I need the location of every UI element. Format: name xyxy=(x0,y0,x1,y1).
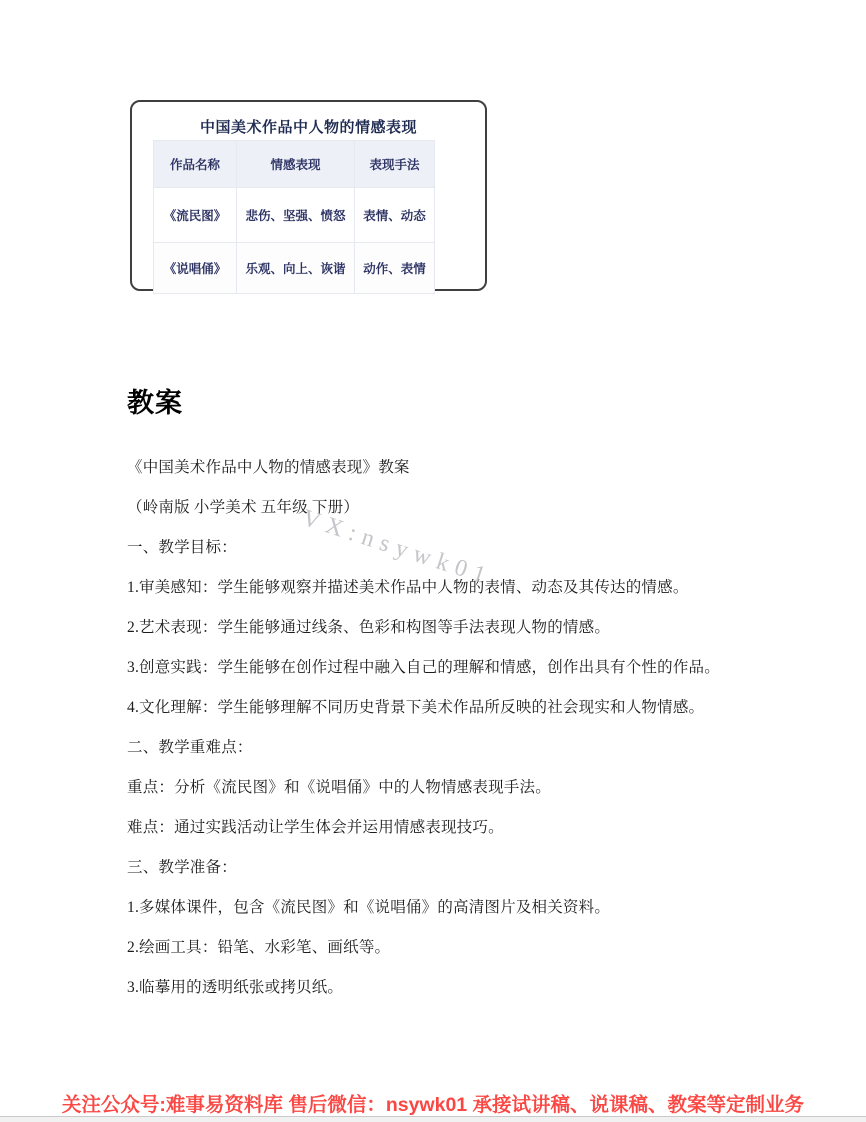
emotion-table-card: 中国美术作品中人物的情感表现 作品名称 情感表现 表现手法 《流民图》 悲伤、坚… xyxy=(130,100,487,291)
table-row: 《说唱俑》 乐观、向上、诙谐 动作、表情 xyxy=(154,243,435,294)
paragraph-keypoint: 重点：分析《流民图》和《说唱俑》中的人物情感表现手法。 xyxy=(127,776,741,799)
paragraph-section-keypoints: 二、教学重难点： xyxy=(127,736,741,759)
paragraph-section-goals: 一、教学目标： xyxy=(127,536,741,559)
col-header-artwork: 作品名称 xyxy=(154,141,237,188)
table-row: 《流民图》 悲伤、坚强、愤怒 表情、动态 xyxy=(154,188,435,243)
paragraph-prep-2: 2.绘画工具：铅笔、水彩笔、画纸等。 xyxy=(127,936,741,959)
table-title: 中国美术作品中人物的情感表现 xyxy=(132,116,485,137)
paragraph-goal-3: 3.创意实践：学生能够在创作过程中融入自己的理解和情感，创作出具有个性的作品。 xyxy=(127,656,741,679)
lesson-plan-body: 教案 《中国美术作品中人物的情感表现》教案 （岭南版 小学美术 五年级 下册） … xyxy=(127,381,741,1016)
cell-emotion: 乐观、向上、诙谐 xyxy=(237,243,355,294)
cell-technique: 表情、动态 xyxy=(355,188,435,243)
col-header-technique: 表现手法 xyxy=(355,141,435,188)
paragraph-difficulty: 难点：通过实践活动让学生体会并运用情感表现技巧。 xyxy=(127,816,741,839)
paragraph-goal-4: 4.文化理解：学生能够理解不同历史背景下美术作品所反映的社会现实和人物情感。 xyxy=(127,696,741,719)
emotion-table: 作品名称 情感表现 表现手法 《流民图》 悲伤、坚强、愤怒 表情、动态 《说唱俑… xyxy=(153,140,435,294)
col-header-emotion: 情感表现 xyxy=(237,141,355,188)
cell-artwork: 《流民图》 xyxy=(154,188,237,243)
cell-artwork: 《说唱俑》 xyxy=(154,243,237,294)
paragraph-title-line: 《中国美术作品中人物的情感表现》教案 xyxy=(127,456,741,479)
paragraph-section-preparation: 三、教学准备： xyxy=(127,856,741,879)
cell-emotion: 悲伤、坚强、愤怒 xyxy=(237,188,355,243)
table-header-row: 作品名称 情感表现 表现手法 xyxy=(154,141,435,188)
paragraph-edition-line: （岭南版 小学美术 五年级 下册） xyxy=(127,496,741,519)
paragraph-prep-1: 1.多媒体课件，包含《流民图》和《说唱俑》的高清图片及相关资料。 xyxy=(127,896,741,919)
bottom-edge-strip xyxy=(0,1116,866,1122)
paragraph-goal-1: 1.审美感知：学生能够观察并描述美术作品中人物的表情、动态及其传达的情感。 xyxy=(127,576,741,599)
footer-promo-banner: 关注公众号:难事易资料库 售后微信：nsywk01 承接试讲稿、说课稿、教案等定… xyxy=(0,1089,866,1114)
cell-technique: 动作、表情 xyxy=(355,243,435,294)
page-title: 教案 xyxy=(127,381,741,420)
paragraph-goal-2: 2.艺术表现：学生能够通过线条、色彩和构图等手法表现人物的情感。 xyxy=(127,616,741,639)
paragraph-prep-3: 3.临摹用的透明纸张或拷贝纸。 xyxy=(127,976,741,999)
